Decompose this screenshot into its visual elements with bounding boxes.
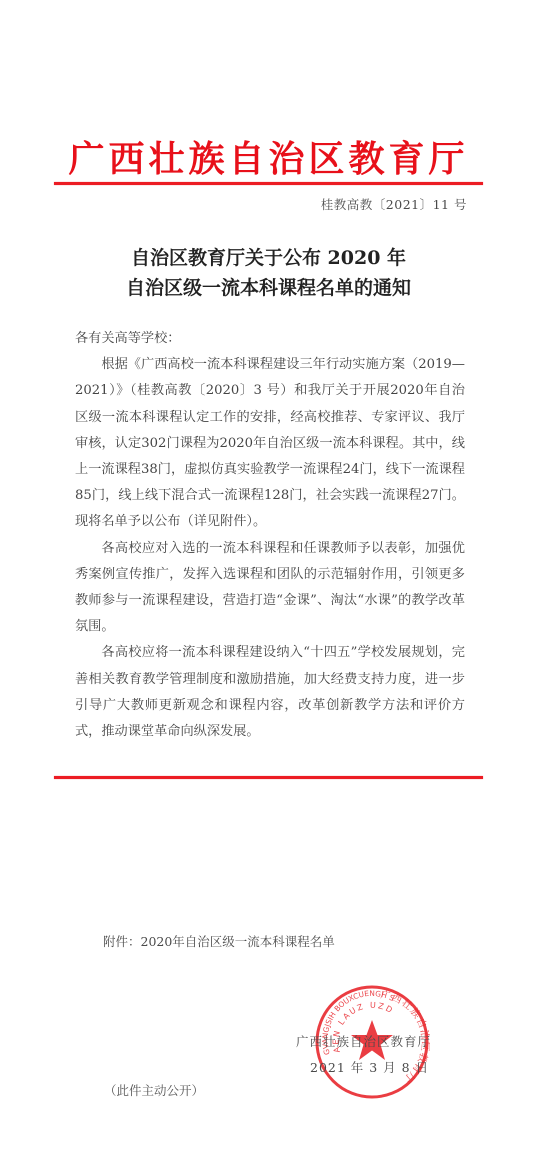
signature-organization: 广西壮族自治区教育厅 xyxy=(296,1032,431,1050)
signature-date: 2021 年 3 月 8 日 xyxy=(310,1058,429,1076)
document-title: 自治区教育厅关于公布 2020 年 自治区级一流本科课程名单的通知 xyxy=(0,243,537,303)
document-number: 桂教高教〔2021〕11 号 xyxy=(321,195,467,213)
attachment-note: 附件：2020年自治区级一流本科课程名单 xyxy=(103,932,335,950)
document-title-line-2: 自治区级一流本科课程名单的通知 xyxy=(0,273,537,303)
document-title-line-1: 自治区教育厅关于公布 2020 年 xyxy=(0,243,537,273)
salutation: 各有关高等学校： xyxy=(75,326,465,352)
body-paragraph: 各高校应对入选的一流本科课程和任课教师予以表彰，加强优秀案例宣传推广，发挥入选课… xyxy=(75,536,465,641)
header-divider xyxy=(54,182,483,185)
body-paragraph: 各高校应将一流本科课程建设纳入“十四五”学校发展规划，完善相关教育教学管理制度和… xyxy=(75,640,465,745)
disclosure-note: （此件主动公开） xyxy=(104,1081,204,1099)
body-paragraph: 根据《广西高校一流本科课程建设三年行动实施方案（2019—2021）》（桂教高教… xyxy=(75,352,465,535)
footer-divider xyxy=(54,776,483,779)
agency-title: 广西壮族自治区教育厅 xyxy=(0,137,537,181)
document-body: 各有关高等学校： 根据《广西高校一流本科课程建设三年行动实施方案（2019—20… xyxy=(75,326,465,745)
